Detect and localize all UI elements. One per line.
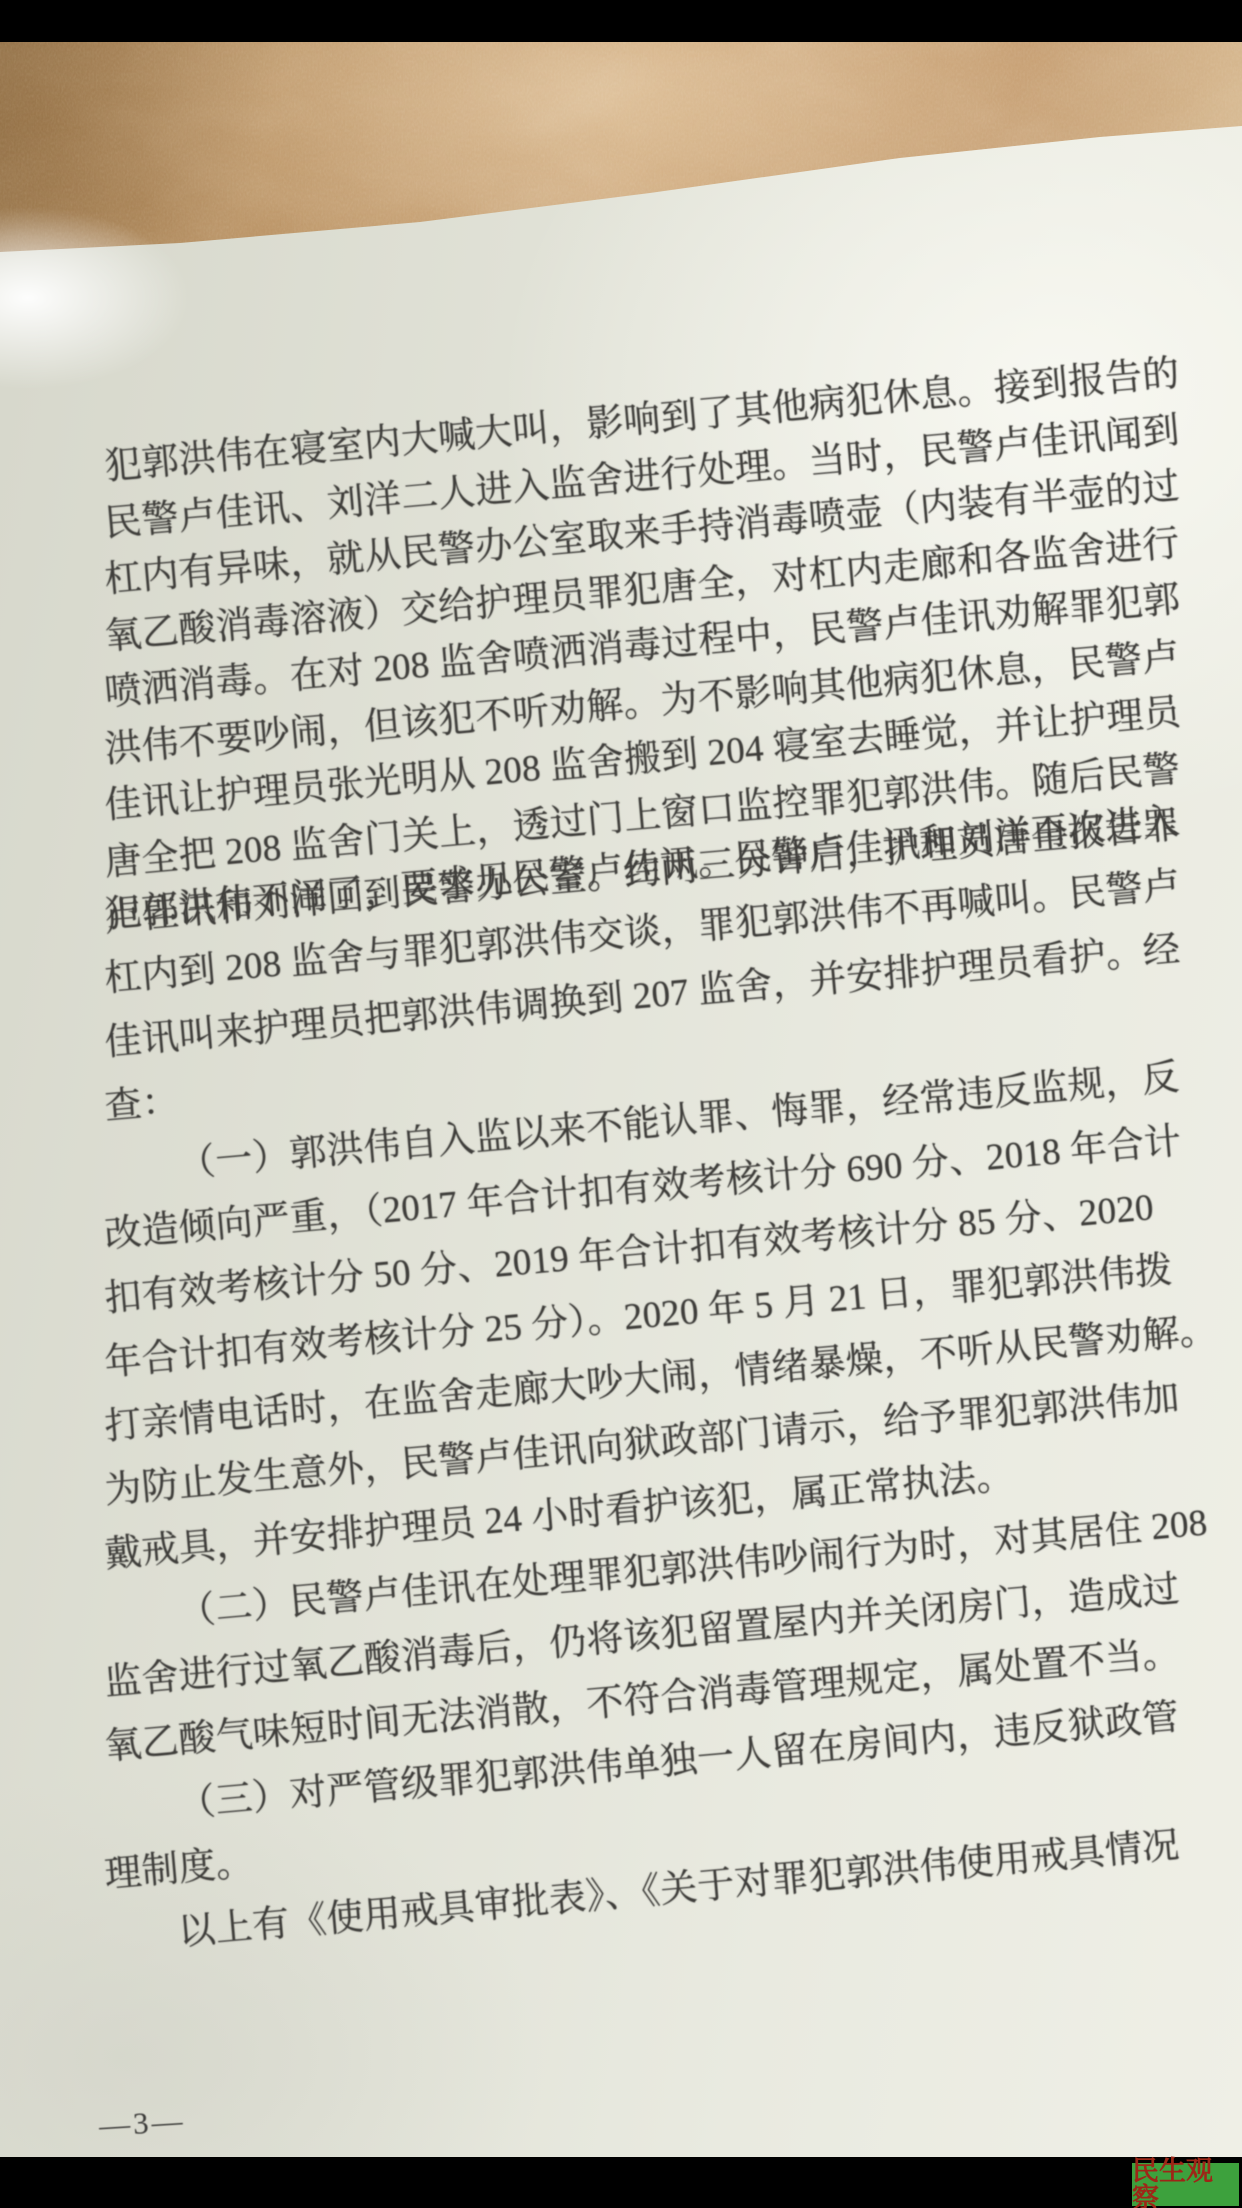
document-line: 查： bbox=[103, 1082, 181, 1128]
top-letterbox-bar bbox=[0, 0, 1242, 42]
photo-frame: 犯郭洪伟在寝室内大喊大叫，影响到了其他病犯休息。接到报告的民警卢佳讯、刘洋二人进… bbox=[0, 0, 1242, 2208]
document-text-block: 犯郭洪伟在寝室内大喊大叫，影响到了其他病犯休息。接到报告的民警卢佳讯、刘洋二人进… bbox=[0, 0, 1242, 2208]
watermark-text: 民生观察 bbox=[1132, 2158, 1239, 2208]
document-line: 理制度。 bbox=[103, 1843, 255, 1896]
bottom-letterbox-bar: 民生观察 bbox=[0, 2157, 1242, 2208]
document-line: 以上有《使用戒具审批表》、《关于对罪犯郭洪伟使用戒具情况 bbox=[103, 1826, 1181, 1960]
watermark-badge: 民生观察 bbox=[1132, 2163, 1239, 2206]
page-number: —3— bbox=[98, 2103, 187, 2144]
